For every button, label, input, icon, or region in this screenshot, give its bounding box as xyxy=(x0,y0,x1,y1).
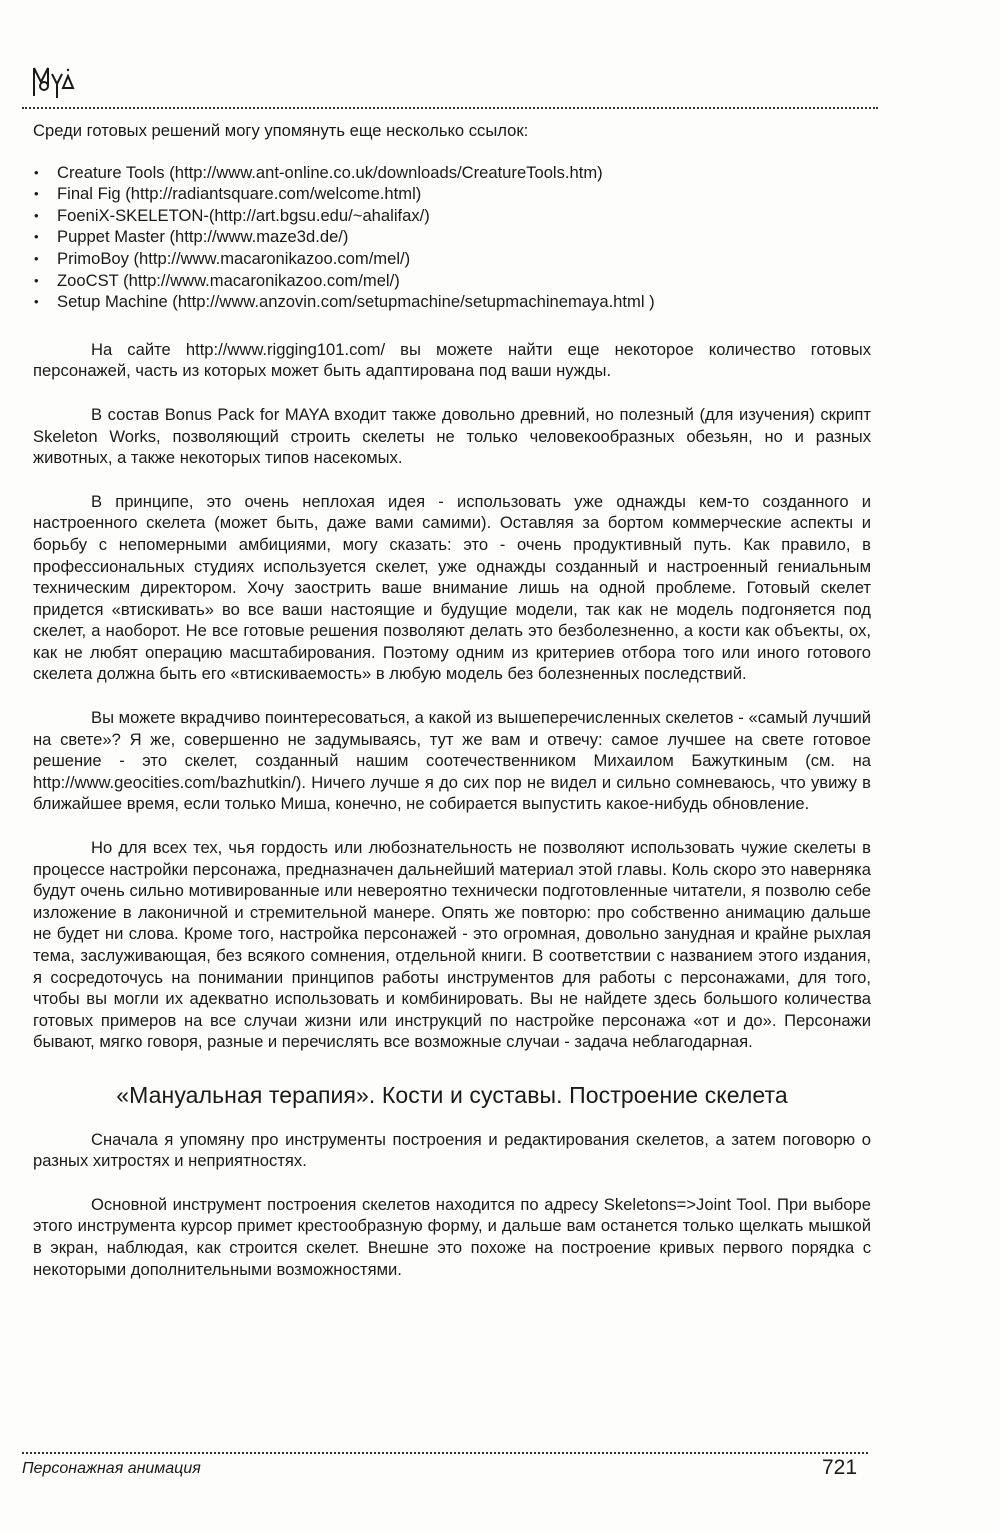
paragraph: Но для всех тех, чья гордость или любозн… xyxy=(33,837,871,1053)
header-divider xyxy=(22,107,878,109)
list-item: FoeniX-SKELETON-(http://art.bgsu.edu/~ah… xyxy=(33,205,871,227)
page-body: Среди готовых решений могу упомянуть еще… xyxy=(33,120,871,1302)
list-item: PrimoBoy (http://www.macaronikazoo.com/m… xyxy=(33,248,871,270)
running-footer-title: Персонажная анимация xyxy=(22,1460,201,1478)
link-list: Creature Tools (http://www.ant-online.co… xyxy=(33,162,871,313)
list-item: Creature Tools (http://www.ant-online.co… xyxy=(33,162,871,184)
footer-divider xyxy=(22,1452,868,1454)
paragraph: В состав Bonus Pack for MAYA входит такж… xyxy=(33,404,871,469)
maya-logo-icon xyxy=(32,64,76,100)
list-item: ZooCST (http://www.macaronikazoo.com/mel… xyxy=(33,270,871,292)
section-heading: «Мануальная терапия». Кости и суставы. П… xyxy=(33,1085,871,1107)
paragraph: Сначала я упомяну про инструменты постро… xyxy=(33,1129,871,1172)
paragraph: На сайте http://www.rigging101.com/ вы м… xyxy=(33,339,871,382)
list-item: Setup Machine (http://www.anzovin.com/se… xyxy=(33,291,871,313)
list-item: Puppet Master (http://www.maze3d.de/) xyxy=(33,226,871,248)
list-item: Final Fig (http://radiantsquare.com/welc… xyxy=(33,183,871,205)
paragraph: Основной инструмент построения скелетов … xyxy=(33,1194,871,1280)
page-number: 721 xyxy=(822,1456,857,1480)
paragraph: В принципе, это очень неплохая идея - ис… xyxy=(33,491,871,685)
paragraph: Вы можете вкрадчиво поинтересоваться, а … xyxy=(33,707,871,815)
intro-text: Среди готовых решений могу упомянуть еще… xyxy=(33,120,871,142)
